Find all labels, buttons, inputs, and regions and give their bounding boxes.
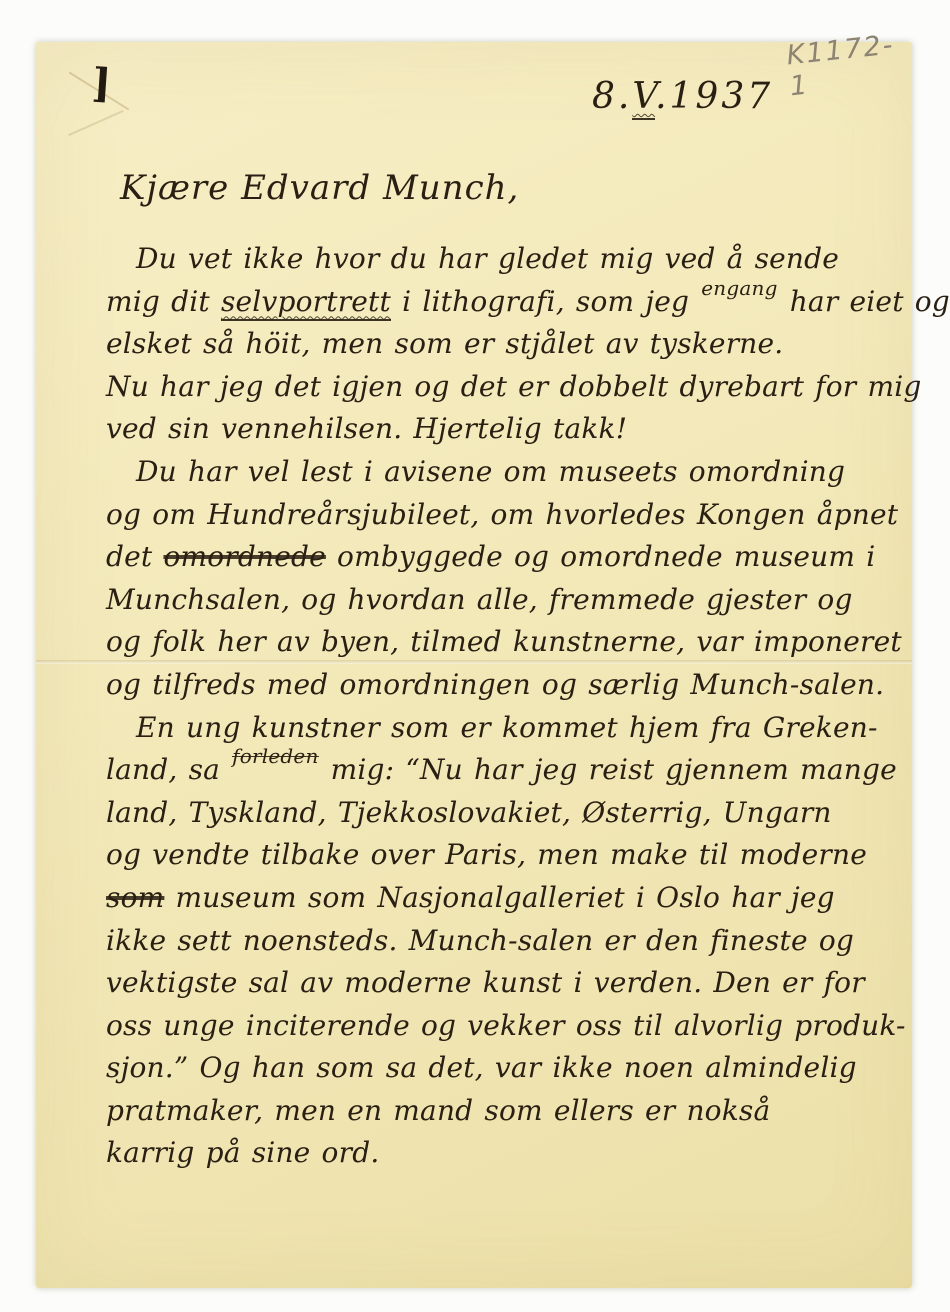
corner-crease bbox=[68, 110, 124, 136]
letter-text: En ung kunstner som er kommet hjem fra G… bbox=[136, 711, 878, 744]
letter-salutation: Kjære Edvard Munch, bbox=[120, 168, 519, 208]
letter-line: elsket så höit, men som er stjålet av ty… bbox=[106, 323, 896, 366]
letter-line: ikke sett noensteds. Munch-salen er den … bbox=[106, 920, 896, 963]
letter-text: i lithografi, som jeg bbox=[391, 285, 700, 318]
letter-text: og folk her av byen, tilmed kunstnerne, … bbox=[106, 625, 902, 658]
letter-text: og tilfreds med omordningen og særlig Mu… bbox=[106, 668, 884, 701]
scan-background: { "page": { "background_color": "#fcfcfa… bbox=[0, 0, 950, 1312]
letter-text: Munchsalen, og hvordan alle, fremmede gj… bbox=[106, 583, 853, 616]
letter-line: land, sa forleden mig: “Nu har jeg reist… bbox=[106, 749, 896, 792]
letter-line: Munchsalen, og hvordan alle, fremmede gj… bbox=[106, 579, 896, 622]
letter-date: 8.V.1937 bbox=[592, 76, 773, 117]
letter-text: sjon.” Og han som sa det, var ikke noen … bbox=[106, 1051, 857, 1084]
letter-line: En ung kunstner som er kommet hjem fra G… bbox=[106, 707, 896, 750]
struck-word: som bbox=[106, 881, 164, 914]
letter-text: mig dit bbox=[106, 285, 221, 318]
letter-text: pratmaker, men en mand som ellers er nok… bbox=[106, 1094, 770, 1127]
letter-line: Du har vel lest i avisene om museets omo… bbox=[106, 451, 896, 494]
letter-text: museum som Nasjonalgalleriet i Oslo har … bbox=[164, 881, 834, 914]
letter-text: vektigste sal av moderne kunst i verden.… bbox=[106, 966, 865, 999]
letter-text: ved sin vennehilsen. Hjertelig takk! bbox=[106, 412, 627, 445]
letter-text: mig: “Nu har jeg reist gjennem mange bbox=[320, 753, 897, 786]
letter-text: Du vet ikke hvor du har gledet mig ved å… bbox=[136, 242, 839, 275]
underlined-word: selvportrett bbox=[221, 285, 391, 321]
letter-lines: Du vet ikke hvor du har gledet mig ved å… bbox=[106, 238, 896, 1175]
letter-text: oss unge inciterende og vekker oss til a… bbox=[106, 1009, 906, 1042]
letter-text: ikke sett noensteds. Munch-salen er den … bbox=[106, 924, 854, 957]
letter-paper: ] K1172-1 8.V.1937 Kjære Edvard Munch, D… bbox=[36, 42, 912, 1288]
letter-line: pratmaker, men en mand som ellers er nok… bbox=[106, 1090, 896, 1133]
letter-text: .1937 bbox=[655, 76, 773, 117]
letter-text: har eiet og bbox=[779, 285, 950, 318]
letter-text: land, sa bbox=[106, 753, 231, 786]
letter-text: karrig på sine ord. bbox=[106, 1136, 379, 1169]
catalog-number: K1172-1 bbox=[785, 28, 915, 103]
letter-text: det bbox=[106, 540, 163, 573]
letter-text: ombyggede og omordnede museum i bbox=[326, 540, 875, 573]
letter-text: elsket så höit, men som er stjålet av ty… bbox=[106, 327, 783, 360]
letter-text: Du har vel lest i avisene om museets omo… bbox=[136, 455, 845, 488]
letter-line: land, Tyskland, Tjekkoslovakiet, Østerri… bbox=[106, 792, 896, 835]
letter-line: ved sin vennehilsen. Hjertelig takk! bbox=[106, 408, 896, 451]
letter-text: og vendte tilbake over Paris, men make t… bbox=[106, 838, 867, 871]
letter-line: karrig på sine ord. bbox=[106, 1132, 896, 1175]
letter-line: sjon.” Og han som sa det, var ikke noen … bbox=[106, 1047, 896, 1090]
letter-line: oss unge inciterende og vekker oss til a… bbox=[106, 1005, 896, 1048]
letter-line: som museum som Nasjonalgalleriet i Oslo … bbox=[106, 877, 896, 920]
letter-line: Du vet ikke hvor du har gledet mig ved å… bbox=[106, 238, 896, 281]
letter-line: Nu har jeg det igjen og det er dobbelt d… bbox=[106, 366, 896, 409]
letter-line: vektigste sal av moderne kunst i verden.… bbox=[106, 962, 896, 1005]
letter-line: mig dit selvportrett i lithografi, som j… bbox=[106, 281, 896, 324]
letter-line: og vendte tilbake over Paris, men make t… bbox=[106, 834, 896, 877]
corner-mark: ] bbox=[90, 59, 112, 107]
letter-line: det omordnede ombyggede og omordnede mus… bbox=[106, 536, 896, 579]
letter-line: og folk her av byen, tilmed kunstnerne, … bbox=[106, 621, 896, 664]
inserted-word: forleden bbox=[232, 756, 318, 757]
letter-text: Nu har jeg det igjen og det er dobbelt d… bbox=[106, 370, 922, 403]
letter-line: og tilfreds med omordningen og særlig Mu… bbox=[106, 664, 896, 707]
letter-text: og om Hundreårsjubileet, om hvorledes Ko… bbox=[106, 498, 898, 531]
letter-line: og om Hundreårsjubileet, om hvorledes Ko… bbox=[106, 494, 896, 537]
letter-text: land, Tyskland, Tjekkoslovakiet, Østerri… bbox=[106, 796, 832, 829]
letter-text: 8. bbox=[592, 76, 632, 117]
underlined-word: V bbox=[632, 76, 655, 120]
struck-word: omordnede bbox=[163, 540, 325, 573]
